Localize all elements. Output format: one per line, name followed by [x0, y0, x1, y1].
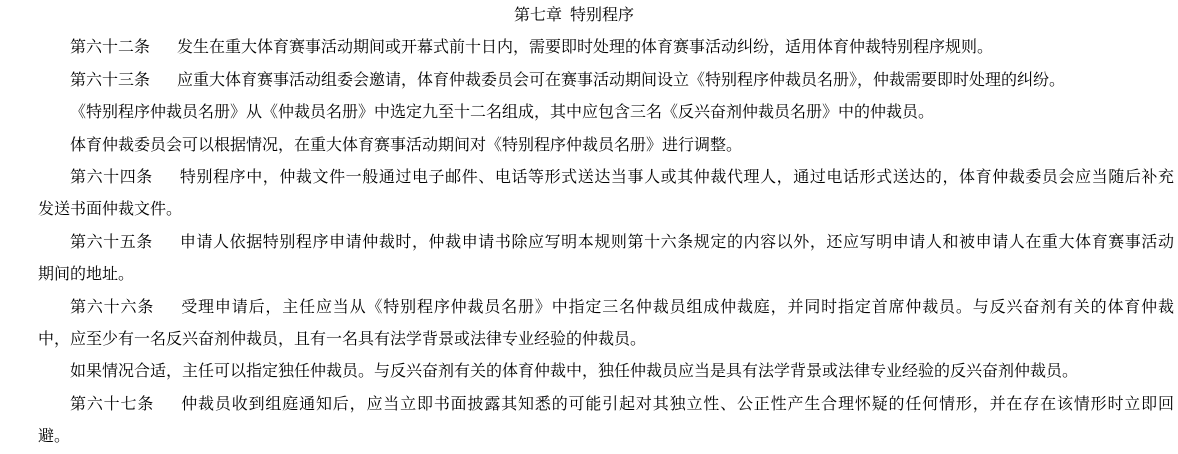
text-line: 第六十三条应重大体育赛事活动组委会邀请，体育仲裁委员会可在赛事活动期间设立《特别…: [38, 65, 1174, 97]
text-line: 体育仲裁委员会可以根据情况，在重大体育赛事活动期间对《特别程序仲裁员名册》进行调…: [38, 130, 1174, 162]
article-number: 第六十四条: [70, 169, 153, 186]
line-text: 申请人依据特别程序申请仲裁时，仲裁申请书除应写明本规则第十六条规定的内容以外，还…: [180, 234, 1174, 251]
article-number: 第六十七条: [70, 396, 154, 413]
line-text: 特别程序中，仲裁文件一般通过电子邮件、电话等形式送达当事人或其仲裁代理人，通过电…: [180, 169, 1174, 186]
line-text: 中，应至少有一名反兴奋剂仲裁员，且有一名具有法学背景或法律专业经验的仲裁员。: [38, 331, 646, 348]
line-text: 《特别程序仲裁员名册》从《仲裁员名册》中选定九至十二名组成，其中应包含三名《反兴…: [70, 104, 934, 121]
text-line: 第六十七条仲裁员收到组庭通知后，应当立即书面披露其知悉的可能引起对其独立性、公正…: [38, 389, 1174, 421]
text-line: 第六十五条申请人依据特别程序申请仲裁时，仲裁申请书除应写明本规则第十六条规定的内…: [38, 227, 1174, 259]
article-number: 第六十二条: [70, 39, 150, 56]
text-line: 中，应至少有一名反兴奋剂仲裁员，且有一名具有法学背景或法律专业经验的仲裁员。: [38, 324, 1174, 356]
line-text: 体育仲裁委员会可以根据情况，在重大体育赛事活动期间对《特别程序仲裁员名册》进行调…: [70, 137, 742, 154]
line-text: 如果情况合适，主任可以指定独任仲裁员。与反兴奋剂有关的体育仲裁中，独任仲裁员应当…: [70, 363, 1078, 380]
chapter-title: 第七章 特别程序: [6, 0, 1142, 32]
document-page: 第七章 特别程序 第六十二条发生在重大体育赛事活动期间或开幕式前十日内，需要即时…: [0, 0, 1178, 454]
article-number: 第六十三条: [70, 72, 150, 89]
line-text: 受理申请后，主任应当从《特别程序仲裁员名册》中指定三名仲裁员组成仲裁庭，并同时指…: [181, 299, 1174, 316]
article-number: 第六十五条: [70, 234, 153, 251]
text-line: 发送书面仲裁文件。: [38, 194, 1174, 226]
text-line: 如果情况合适，主任可以指定独任仲裁员。与反兴奋剂有关的体育仲裁中，独任仲裁员应当…: [38, 356, 1174, 388]
text-line: 期间的地址。: [38, 259, 1174, 291]
article-number: 第六十六条: [70, 299, 154, 316]
text-line: 第六十六条受理申请后，主任应当从《特别程序仲裁员名册》中指定三名仲裁员组成仲裁庭…: [38, 292, 1174, 324]
line-text: 期间的地址。: [38, 266, 134, 283]
line-text: 应重大体育赛事活动组委会邀请，体育仲裁委员会可在赛事活动期间设立《特别程序仲裁员…: [177, 72, 1065, 89]
line-text: 避。: [38, 428, 70, 445]
text-line: 《特别程序仲裁员名册》从《仲裁员名册》中选定九至十二名组成，其中应包含三名《反兴…: [38, 97, 1174, 129]
text-line: 第六十四条特别程序中，仲裁文件一般通过电子邮件、电话等形式送达当事人或其仲裁代理…: [38, 162, 1174, 194]
line-text: 发生在重大体育赛事活动期间或开幕式前十日内，需要即时处理的体育赛事活动纠纷，适用…: [177, 39, 993, 56]
line-text: 发送书面仲裁文件。: [38, 201, 182, 218]
text-line: 避。: [38, 421, 1174, 453]
text-line: 第六十二条发生在重大体育赛事活动期间或开幕式前十日内，需要即时处理的体育赛事活动…: [38, 32, 1174, 64]
line-text: 仲裁员收到组庭通知后，应当立即书面披露其知悉的可能引起对其独立性、公正性产生合理…: [181, 396, 1174, 413]
